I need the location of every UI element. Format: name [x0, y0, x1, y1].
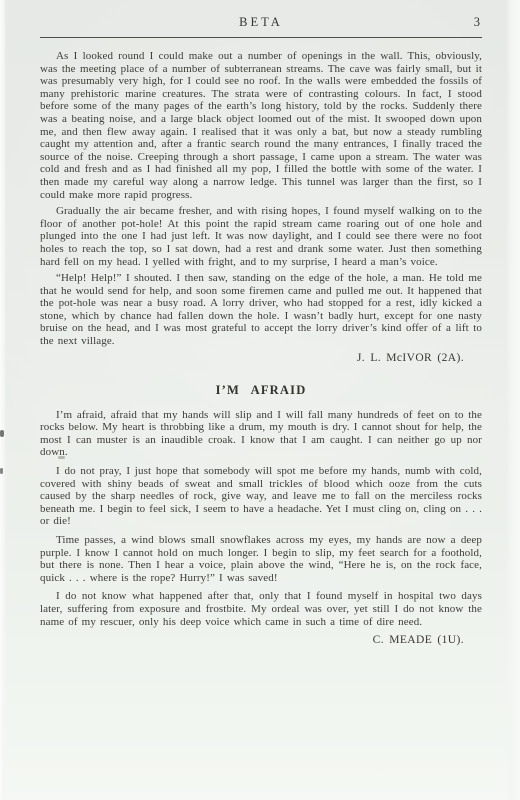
- paragraph: I do not pray, I just hope that somebody…: [40, 465, 482, 528]
- scan-artifact: [0, 430, 4, 437]
- scan-artifact: [0, 468, 3, 474]
- paragraph: As I looked round I could make out a num…: [40, 50, 482, 201]
- running-head: BETA 3: [40, 15, 482, 31]
- scan-edge-left: [0, 0, 6, 800]
- page-title: BETA: [40, 15, 482, 30]
- paragraph: Gradually the air became fresher, and wi…: [40, 205, 482, 268]
- scan-edge-right: [506, 0, 520, 800]
- body-text: As I looked round I could make out a num…: [40, 50, 482, 646]
- page-number: 3: [474, 15, 480, 30]
- author-signature: C. MEADE (1U).: [40, 634, 482, 646]
- article-im-afraid: I’M AFRAID I’m afraid, afraid that my ha…: [40, 383, 482, 647]
- page-content: BETA 3 As I looked round I could make ou…: [40, 15, 482, 646]
- article-title: I’M AFRAID: [40, 383, 482, 398]
- article-potholing: As I looked round I could make out a num…: [40, 50, 482, 364]
- paragraph: “Help! Help!” I shouted. I then saw, sta…: [40, 272, 482, 348]
- paragraph: I do not know what happened after that, …: [40, 590, 482, 628]
- header-rule: [40, 37, 482, 38]
- paragraph: Time passes, a wind blows small snowflak…: [40, 534, 482, 584]
- author-signature: J. L. McIVOR (2A).: [40, 352, 482, 364]
- paragraph: I’m afraid, afraid that my hands will sl…: [40, 409, 482, 459]
- scanned-magazine-page: BETA 3 As I looked round I could make ou…: [0, 0, 520, 800]
